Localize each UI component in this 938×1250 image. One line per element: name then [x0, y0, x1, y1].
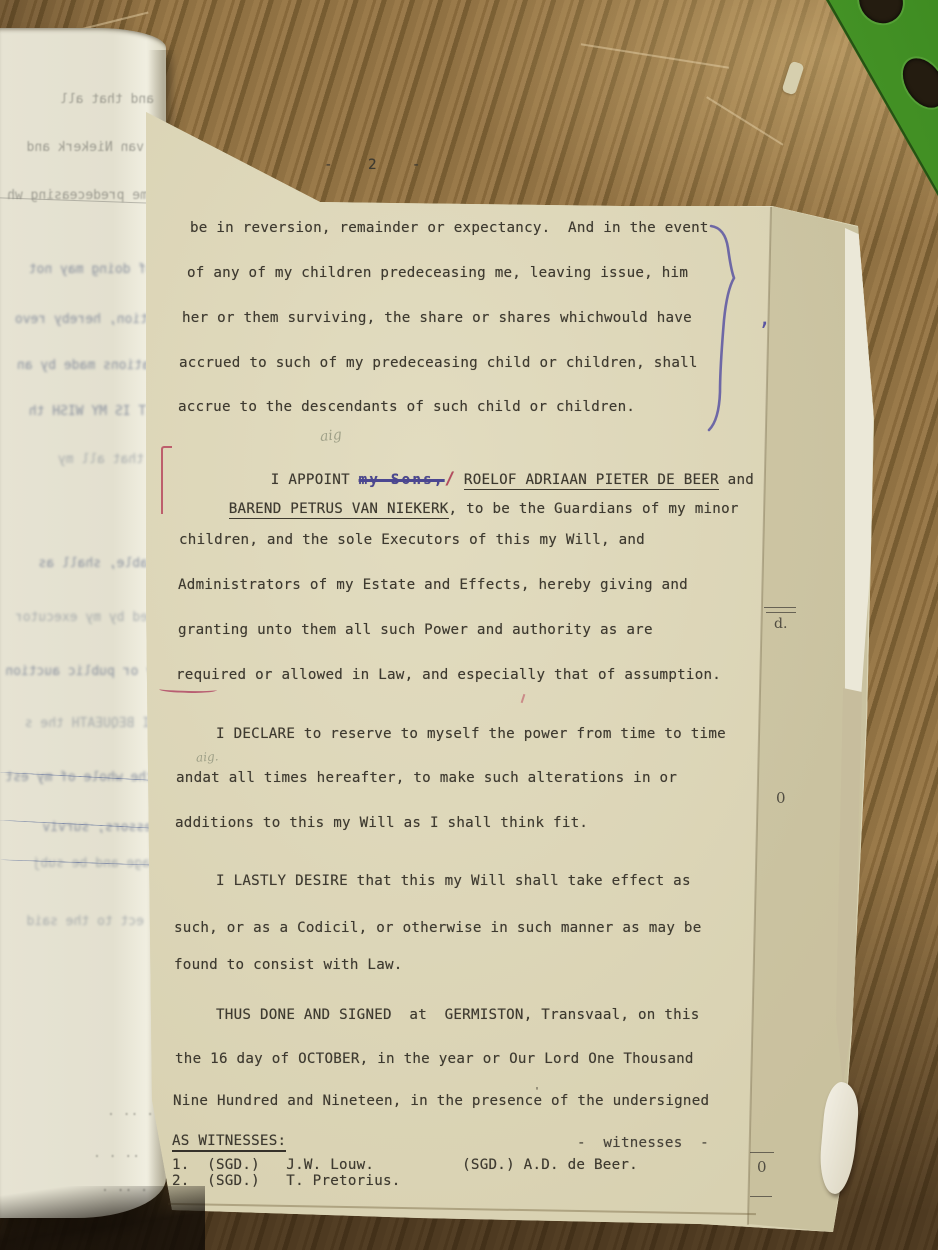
typed-line: I DECLARE to reserve to myself the power… — [216, 726, 726, 742]
typed-line: her or them surviving, the share or shar… — [182, 310, 692, 326]
typed-line: THUS DONE AND SIGNED at GERMISTON, Trans… — [216, 1007, 700, 1023]
typed-line: andat all times hereafter, to make such … — [176, 770, 677, 786]
margin-tick-line — [750, 1152, 774, 1153]
ghost-text-line: and that all — [4, 92, 154, 107]
typed-line: Administrators of my Estate and Effects,… — [178, 577, 688, 593]
pencil-initials-top: aig — [319, 427, 342, 445]
ghost-text-line: tion, hereby revok — [14, 312, 148, 327]
margin-circle-right: 0 — [776, 789, 786, 807]
witness-note: - witnesses - — [577, 1135, 709, 1151]
torn-paper-tab — [781, 61, 804, 96]
margin-double-line — [764, 607, 796, 608]
executor-name-2: BAREND PETRUS VAN NIEKERK — [229, 501, 449, 519]
ghost-text-line: that all my — [22, 452, 144, 467]
typed-line: Nine Hundred and Nineteen, in the presen… — [173, 1093, 709, 1109]
ghost-text-line: .. . . — [30, 1146, 140, 1161]
margin-circle-bottom: 0 — [757, 1158, 767, 1176]
green-object-hole — [850, 0, 912, 32]
shadow-bottom-left — [0, 1186, 205, 1250]
green-object-hole — [894, 51, 938, 116]
typed-line-appointment2: BAREND PETRUS VAN NIEKERK, to be the Gua… — [176, 485, 739, 533]
typed-line: be in reversion, remainder or expectancy… — [190, 220, 709, 236]
ink-curly-brace — [706, 222, 738, 438]
typed-line: such, or as a Codicil, or otherwise in s… — [174, 920, 702, 936]
margin-note-d: d. — [774, 616, 787, 632]
underlying-left-page: and that all van Niekerk and me predecea… — [0, 28, 166, 1218]
typed-line: accrued to such of my predeceasing child… — [179, 355, 698, 371]
typed-line: accrue to the descendants of such child … — [178, 399, 635, 415]
typed-line: I LASTLY DESIRE that this my Will shall … — [216, 873, 691, 889]
ghost-text-line: y or public auction — [4, 664, 154, 679]
page-number: - 2 - — [324, 157, 421, 173]
wood-scratch — [706, 96, 783, 145]
ghost-text-line: ect to the said — [24, 914, 144, 929]
typed-line: children, and the sole Executors of this… — [179, 532, 645, 548]
ghost-text-line: I BEQUEATH the s — [8, 716, 150, 731]
typed-line: the 16 day of OCTOBER, in the year or Ou… — [175, 1051, 694, 1067]
ghost-text-line: . .. . — [10, 1104, 154, 1119]
desk-photo-scene: and that all van Niekerk and me predecea… — [0, 0, 938, 1250]
ghost-text-line: IT IS MY WISH th — [2, 404, 154, 419]
ghost-text-line: van Niekerk and — [20, 140, 144, 155]
typed-line: required or allowed in Law, and especial… — [176, 667, 721, 683]
stray-typed-mark: ' — [534, 1086, 540, 1097]
witness-heading: AS WITNESSES: — [172, 1133, 286, 1149]
typed-line: found to consist with Law. — [174, 957, 403, 973]
red-ink-bracket — [161, 446, 172, 514]
appoint-cont: , to be the Guardians of my minor — [449, 501, 739, 517]
signature-line-1: 1. (SGD.) J.W. Louw. (SGD.) A.D. de Beer… — [172, 1157, 638, 1173]
signature-line-2: 2. (SGD.) T. Pretorius. — [172, 1173, 401, 1189]
ghost-text-line: ations made by an — [4, 358, 150, 373]
ink-comma-mark: , — [758, 306, 771, 331]
ghost-text-line: ed by my executors — [16, 610, 148, 625]
margin-double-line — [766, 612, 796, 613]
typed-line: additions to this my Will as I shall thi… — [175, 815, 588, 831]
pencil-initials-mid: aig. — [196, 749, 219, 765]
typed-line: granting unto them all such Power and au… — [178, 622, 653, 638]
typed-line: of any of my children predeceasing me, l… — [187, 265, 688, 281]
margin-tick-line — [750, 1196, 772, 1197]
ghost-text-line: able, shall as — [8, 556, 148, 571]
wood-scratch — [581, 43, 729, 68]
ghost-text-line: of doing may not — [2, 262, 154, 277]
